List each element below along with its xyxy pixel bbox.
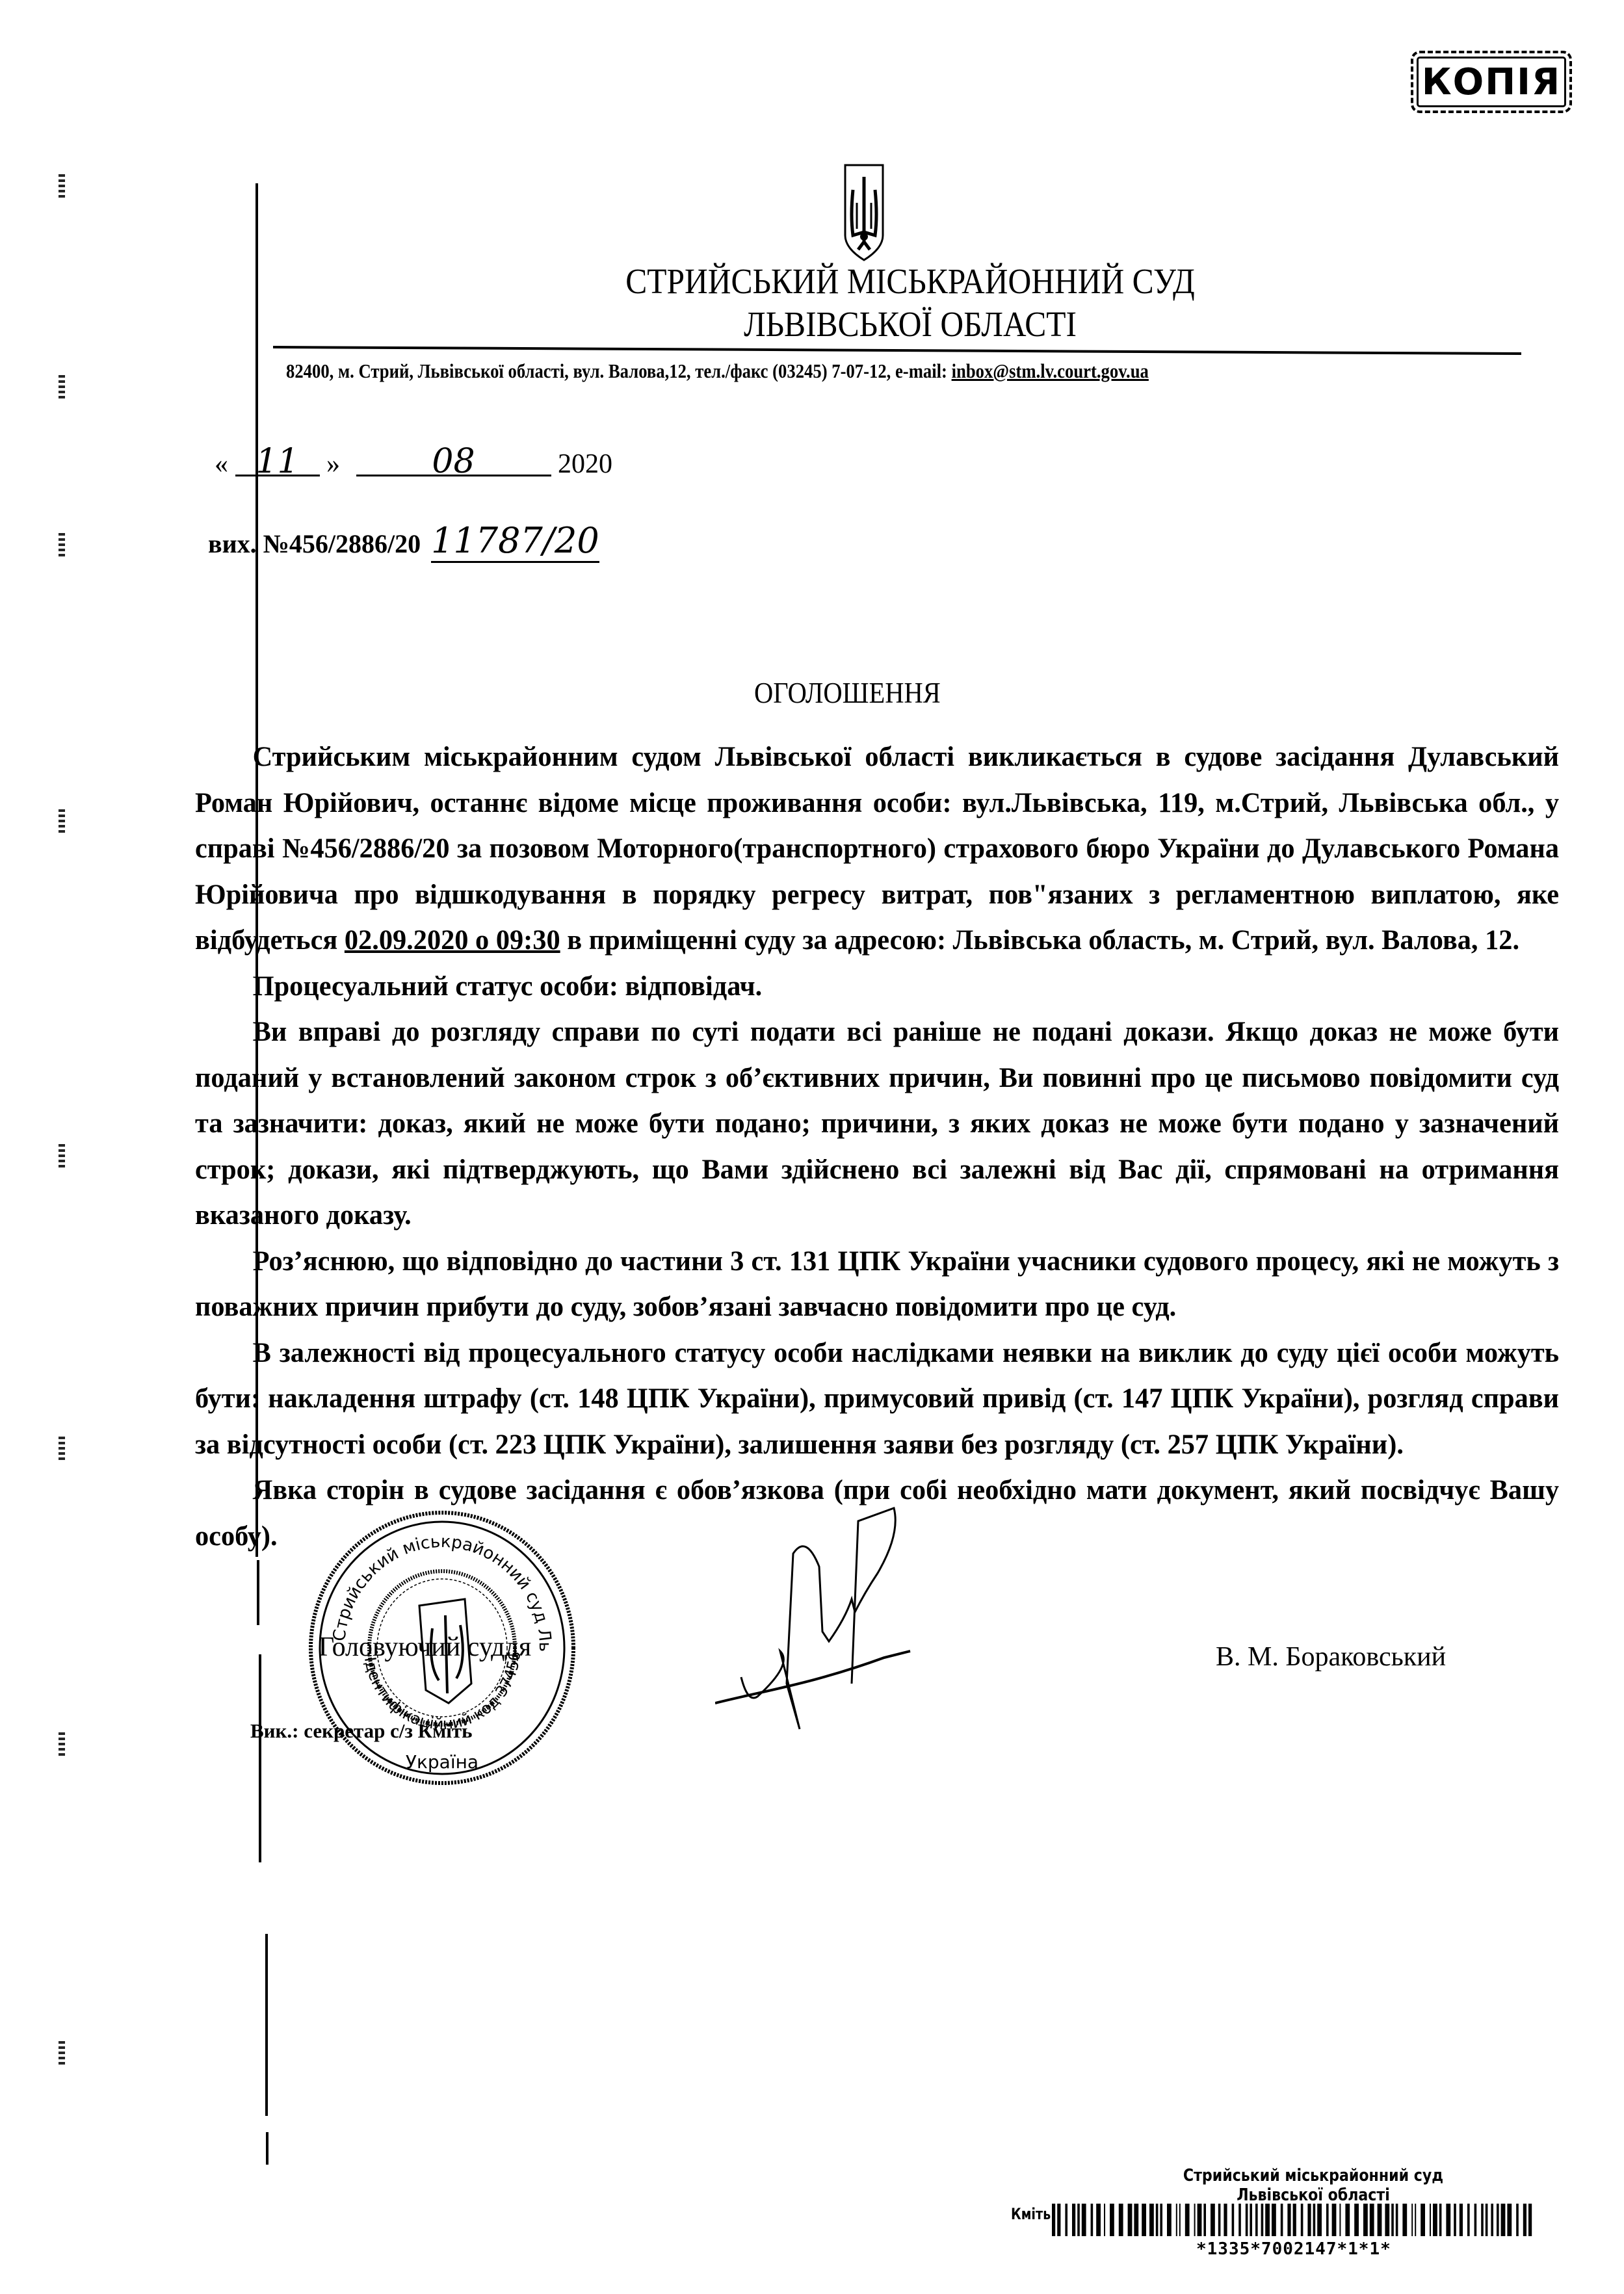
court-address: 82400, м. Стрий, Львівської області, вул… — [286, 359, 1149, 383]
margin-rule — [265, 1934, 268, 2116]
scan-mark — [59, 174, 65, 200]
paragraph-status: Процесуальний статус особи: відповідач. — [195, 964, 1559, 1010]
trident-coat-of-arms-icon — [844, 164, 884, 261]
paragraph-notice: Роз’яснюю, що відповідно до частини 3 ст… — [195, 1239, 1559, 1331]
executor: Вик.: секретар с/з Кміть — [250, 1719, 472, 1743]
scan-mark — [59, 1732, 65, 1758]
hearing-datetime: 02.09.2020 о 09:30 — [345, 925, 560, 956]
address-text: 82400, м. Стрий, Львівської області, вул… — [286, 359, 952, 382]
quote-open: « — [215, 449, 228, 479]
margin-rule — [266, 2132, 268, 2165]
barcode-number: *1335*7002147*1*1* — [1196, 2239, 1391, 2259]
scan-mark — [59, 375, 65, 401]
document-body: Стрийським міськрайонним судом Львівсько… — [195, 735, 1559, 1559]
court-name-line2: ЛЬВІВСЬКОЇ ОБЛАСТІ — [501, 303, 1320, 346]
copy-stamp-label: КОПІЯ — [1422, 61, 1561, 103]
court-name: СТРИЙСЬКИЙ МІСЬКРАЙОННИЙ СУД ЛЬВІВСЬКОЇ … — [501, 260, 1320, 346]
barcode-executor: Кміть — [1011, 2205, 1051, 2223]
judge-label: Головуючий суддя — [319, 1632, 531, 1663]
svg-text:Стрийський міськрайонний суд Л: Стрийський міськрайонний суд Львівської … — [306, 1508, 555, 1652]
barcode-court-line2: Львівської області — [1136, 2185, 1490, 2205]
judge-name: В. М. Бораковський — [1216, 1641, 1446, 1673]
document-title: ОГОЛОШЕННЯ — [754, 676, 941, 710]
margin-rule — [257, 1560, 259, 1625]
copy-stamp: КОПІЯ — [1411, 51, 1572, 113]
judge-signature — [715, 1495, 988, 1768]
outgoing-handwritten: 11787/20 — [431, 520, 599, 563]
barcode — [1052, 2204, 1539, 2236]
paragraph-consequences: В залежності від процесуального статусу … — [195, 1331, 1559, 1468]
document-date: « 11 » 08 2020 — [215, 449, 612, 480]
margin-rule — [259, 1654, 261, 1862]
scan-mark — [59, 809, 65, 835]
barcode-court-line1: Стрийський міськрайонний суд — [1136, 2166, 1490, 2185]
email-link[interactable]: inbox@stm.lv.court.gov.ua — [952, 359, 1149, 382]
outgoing-prefix: вих. №456/2886/20 — [208, 529, 421, 558]
quote-close: » — [326, 449, 340, 479]
summons-text: Стрийським міськрайонним судом Львівсько… — [195, 742, 1559, 956]
header-divider — [273, 346, 1521, 355]
scan-mark — [59, 1437, 65, 1463]
paragraph-evidence: Ви вправі до розгляду справи по суті под… — [195, 1010, 1559, 1239]
court-name-line1: СТРИЙСЬКИЙ МІСЬКРАЙОННИЙ СУД — [501, 260, 1320, 303]
date-month: 08 — [356, 449, 551, 476]
date-day: 11 — [235, 449, 320, 476]
scan-mark — [59, 2041, 65, 2067]
svg-text:Україна: Україна — [406, 1751, 478, 1773]
outgoing-number: вих. №456/2886/2011787/20 — [208, 520, 599, 561]
summons-address: в приміщенні суду за адресою: Львівська … — [560, 925, 1519, 956]
scan-mark — [59, 533, 65, 559]
scan-mark — [59, 1144, 65, 1170]
date-year: 2020 — [558, 449, 612, 479]
barcode-court-name: Стрийський міськрайонний суд Львівської … — [1136, 2166, 1490, 2205]
paragraph-summons: Стрийським міськрайонним судом Львівсько… — [195, 735, 1559, 964]
